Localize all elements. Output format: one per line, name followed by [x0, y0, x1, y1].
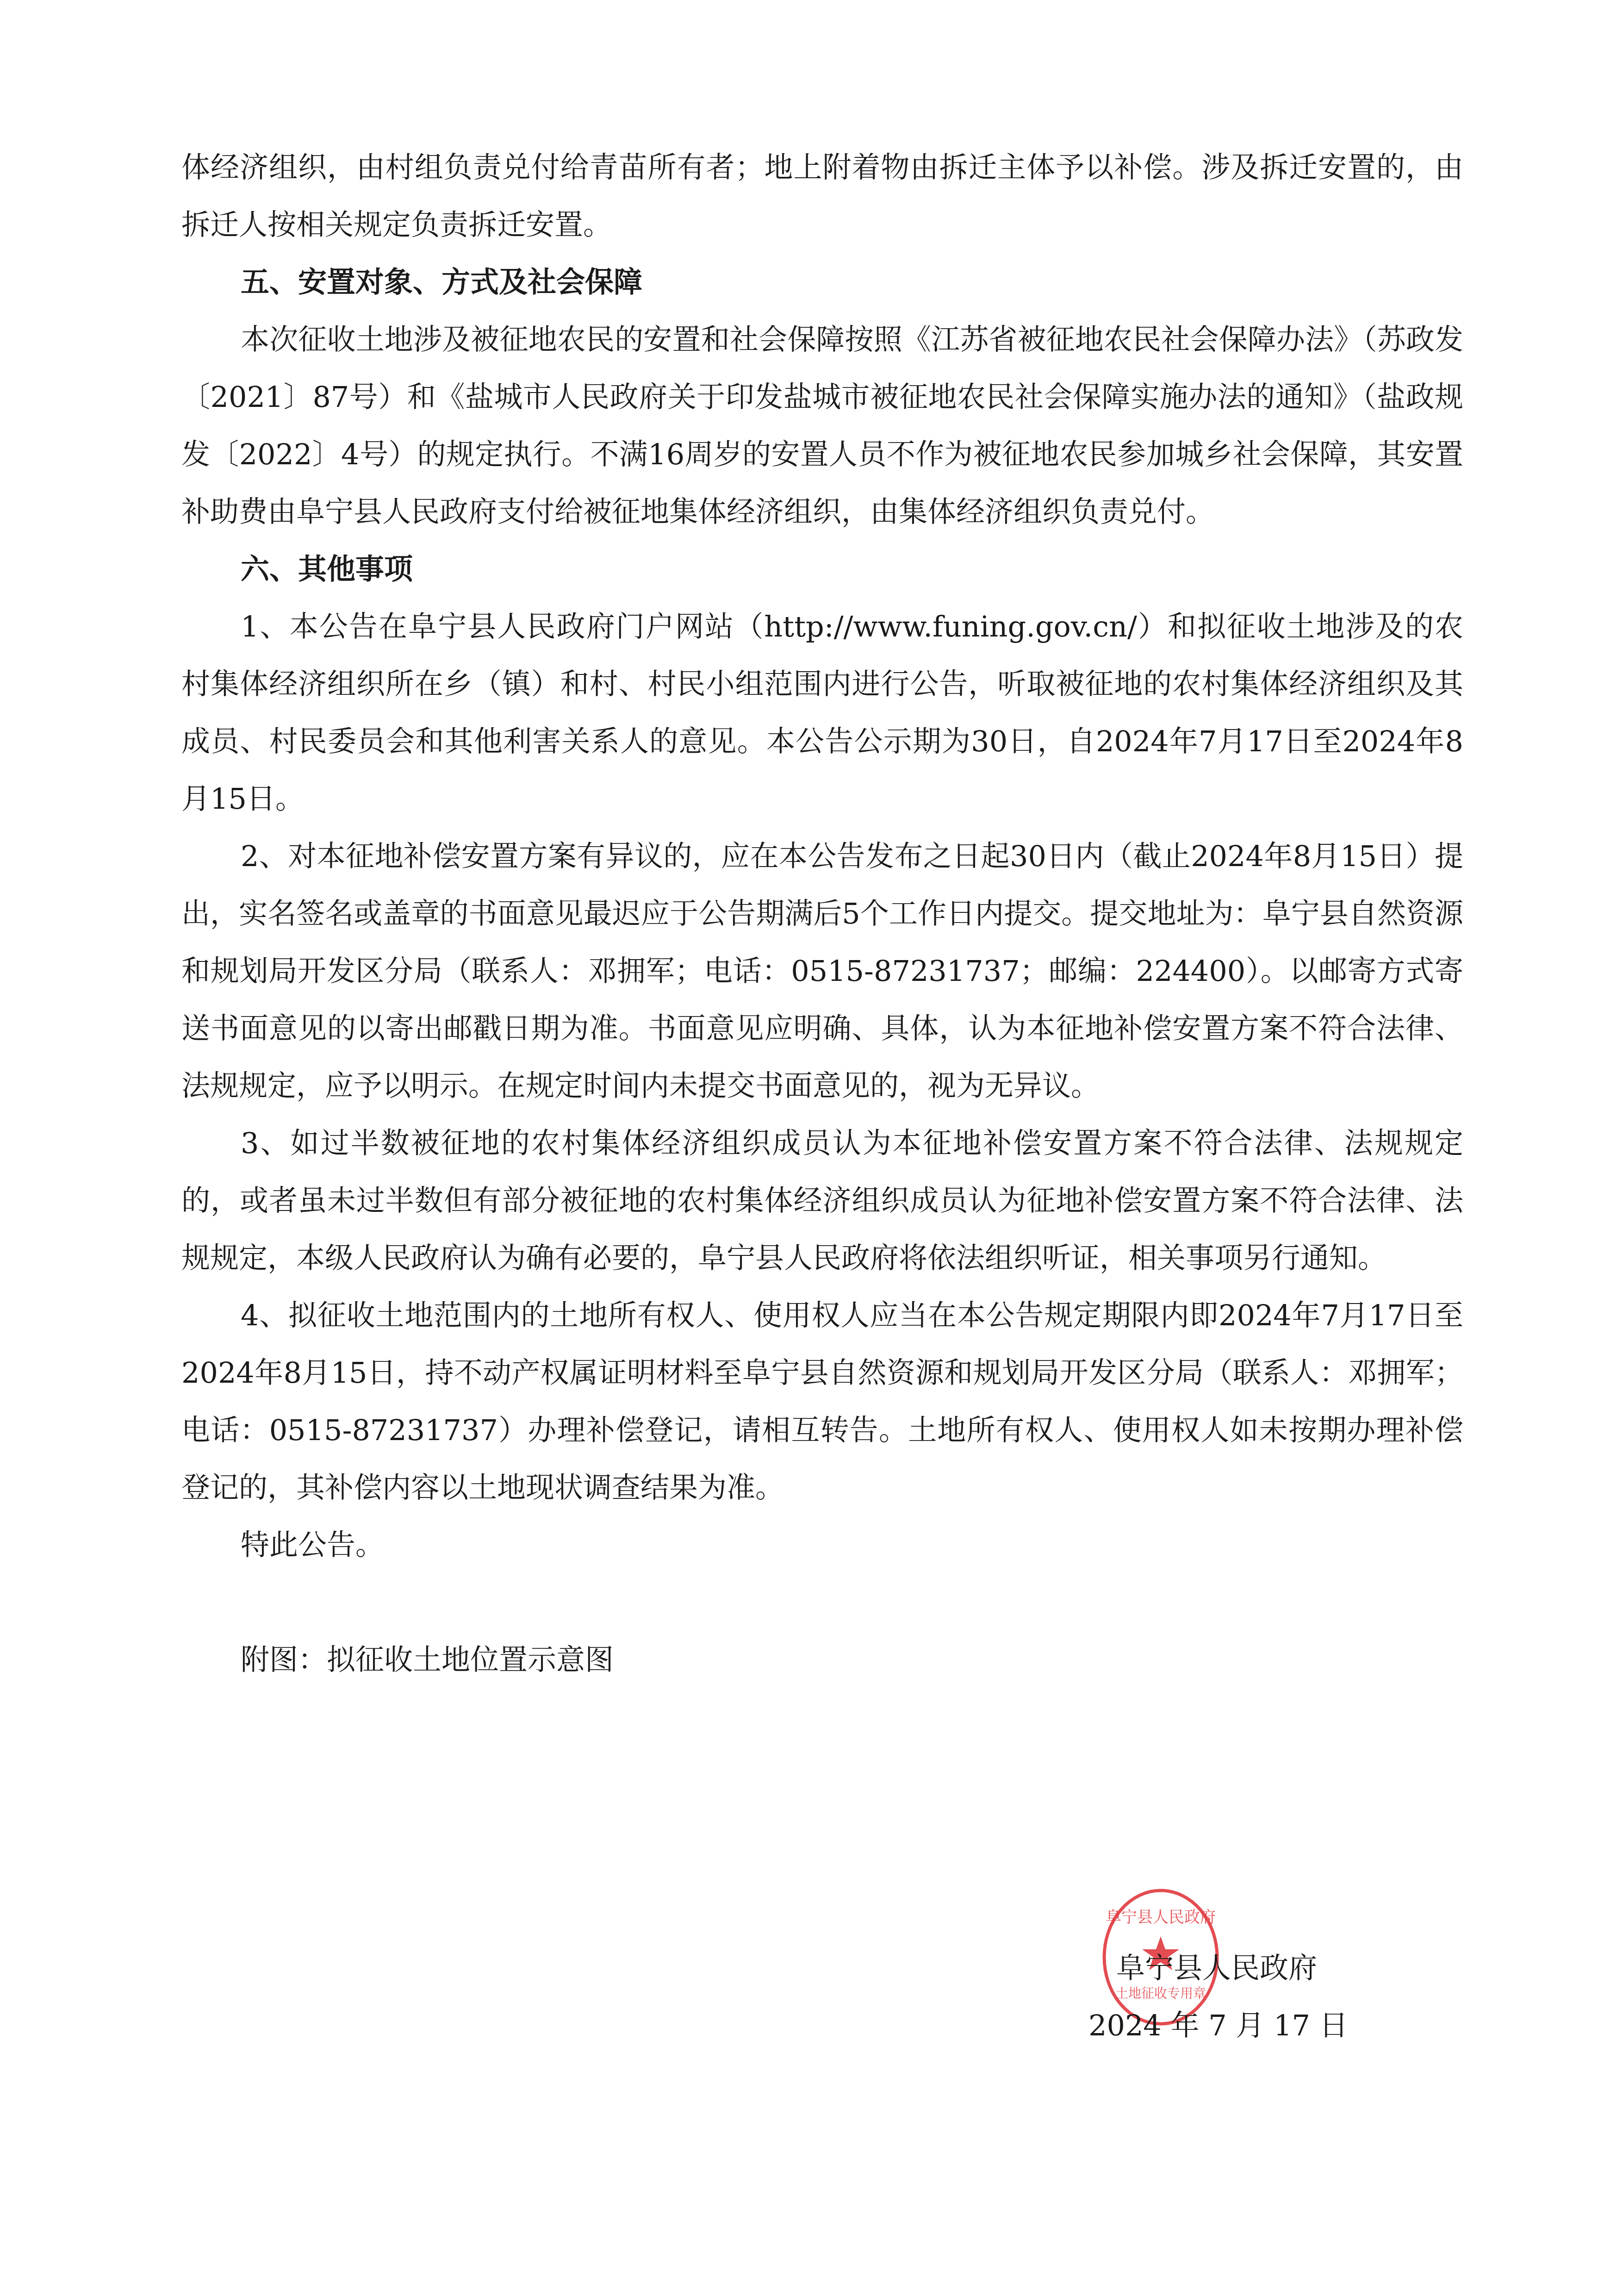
- closing-statement: 特此公告。: [181, 1516, 1463, 1574]
- section-heading-6: 六、其他事项: [181, 541, 1463, 598]
- seal-top-text: 阜宁县人民政府: [1106, 1908, 1216, 1927]
- section-6-item-4: 4、拟征收土地范围内的土地所有权人、使用权人应当在本公告规定期限内即2024年7…: [181, 1287, 1463, 1516]
- signing-organization: 阜宁县人民政府: [1116, 1940, 1317, 1997]
- document-page: 体经济组织，由村组负责兑付给青苗所有者；地上附着物由拆迁主体予以补偿。涉及拆迁安…: [0, 0, 1623, 2296]
- signing-date: 2024 年 7 月 17 日: [1088, 1997, 1348, 2054]
- spacer: [181, 1574, 1463, 1631]
- document-body: 体经济组织，由村组负责兑付给青苗所有者；地上附着物由拆迁主体予以补偿。涉及拆迁安…: [181, 139, 1463, 1689]
- section-heading-5: 五、安置对象、方式及社会保障: [181, 254, 1463, 311]
- section-6-item-3: 3、如过半数被征地的农村集体经济组织成员认为本征地补偿安置方案不符合法律、法规规…: [181, 1115, 1463, 1287]
- section-5-body: 本次征收土地涉及被征地农民的安置和社会保障按照《江苏省被征地农民社会保障办法》（…: [181, 311, 1463, 541]
- continuation-paragraph: 体经济组织，由村组负责兑付给青苗所有者；地上附着物由拆迁主体予以补偿。涉及拆迁安…: [181, 139, 1463, 254]
- attachment-note: 附图：拟征收土地位置示意图: [181, 1631, 1463, 1689]
- section-6-item-2: 2、对本征地补偿安置方案有异议的，应在本公告发布之日起30日内（截止2024年8…: [181, 828, 1463, 1115]
- section-6-item-1: 1、本公告在阜宁县人民政府门户网站（http://www.funing.gov.…: [181, 598, 1463, 828]
